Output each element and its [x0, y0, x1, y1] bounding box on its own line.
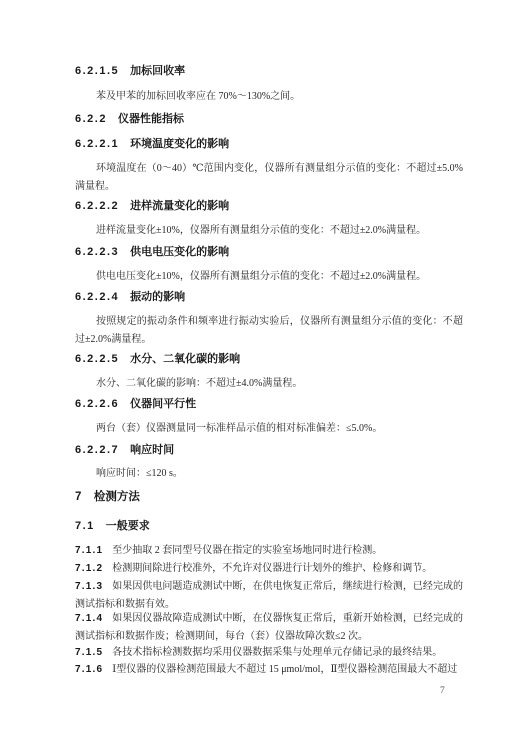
clause-title: 仪器间平行性: [130, 398, 196, 410]
body-6-2-2-5: 水分、二氧化碳的影响：不超过±4.0%满量程。: [75, 375, 463, 393]
item-number: 7.1.2: [75, 560, 103, 578]
clause-title: 加标回收率: [130, 65, 185, 77]
heading-6-2-1-5: 6.2.1.5加标回收率: [75, 64, 467, 78]
body-6-2-2-2: 进样流量变化±10%，仪器所有测量组分示值的变化：不超过±2.0%满量程。: [75, 222, 463, 240]
item-number: 7.1.5: [75, 644, 103, 662]
chapter-heading-7: 7检测方法: [75, 490, 467, 504]
heading-6-2-2-1: 6.2.2.1环境温度变化的影响: [75, 137, 467, 151]
heading-6-2-2-3: 6.2.2.3供电电压变化的影响: [75, 245, 467, 259]
clause-title: 一般要求: [106, 520, 150, 532]
item-text: 如果因仪器故障造成测试中断，在仪器恢复正常后，重新开始检测，已经完成的测试指标和…: [75, 613, 463, 642]
item-7-1-1: 7.1.1至少抽取 2 套同型号仪器在指定的实验室场地同时进行检测。: [75, 542, 463, 560]
clause-title: 仪器性能指标: [118, 113, 184, 125]
body-6-2-2-1: 环境温度在（0～40）℃范围内变化，仪器所有测量组分示值的变化：不超过±5.0%…: [75, 160, 463, 195]
chapter-title: 检测方法: [94, 491, 140, 503]
clause-number: 6.2.2.7: [75, 443, 119, 457]
chapter-number: 7: [75, 490, 83, 504]
item-7-1-4: 7.1.4如果因仪器故障造成测试中断，在仪器恢复正常后，重新开始检测，已经完成的…: [75, 610, 463, 645]
clause-number: 6.2.2: [75, 112, 107, 126]
item-number: 7.1.3: [75, 578, 103, 596]
body-6-2-2-7: 响应时间：≤120 s。: [75, 465, 463, 483]
item-text: 检测期间除进行校准外，不允许对仪器进行计划外的维护、检修和调节。: [112, 563, 432, 574]
clause-number: 6.2.2.5: [75, 352, 119, 366]
heading-7-1: 7.1一般要求: [75, 519, 467, 533]
item-number: 7.1.4: [75, 610, 103, 628]
heading-6-2-2-7: 6.2.2.7响应时间: [75, 443, 467, 457]
clause-title: 供电电压变化的影响: [130, 246, 229, 258]
document-page: 6.2.1.5加标回收率 苯及甲苯的加标回收率应在 70%～130%之间。 6.…: [0, 0, 523, 740]
item-7-1-2: 7.1.2检测期间除进行校准外，不允许对仪器进行计划外的维护、检修和调节。: [75, 560, 463, 578]
clause-number: 6.2.2.1: [75, 137, 119, 151]
heading-6-2-2-2: 6.2.2.2进样流量变化的影响: [75, 199, 467, 213]
clause-number: 6.2.2.6: [75, 397, 119, 411]
body-6-2-2-4: 按照规定的振动条件和频率进行振动实验后，仪器所有测量组分示值的变化：不超过±2.…: [75, 313, 463, 348]
clause-title: 水分、二氧化碳的影响: [130, 353, 240, 365]
heading-6-2-2-4: 6.2.2.4振动的影响: [75, 290, 467, 304]
item-7-1-5: 7.1.5各技术指标检测数据均采用仪器数据采集与处理单元存储记录的最终结果。: [75, 644, 463, 662]
item-number: 7.1.6: [75, 661, 103, 677]
clause-number: 6.2.2.4: [75, 290, 119, 304]
clause-title: 响应时间: [130, 444, 174, 456]
page-number: 7: [440, 686, 445, 696]
clause-number: 6.2.2.3: [75, 245, 119, 259]
item-7-1-3: 7.1.3如果因供电问题造成测试中断，在供电恢复正常后，继续进行检测，已经完成的…: [75, 578, 463, 613]
heading-6-2-2: 6.2.2仪器性能指标: [75, 112, 467, 126]
item-text: Ⅰ型仪器的仪器检测范围最大不超过 15 μmol/mol，Ⅱ型仪器检测范围最大不…: [112, 664, 457, 675]
body-6-2-2-6: 两台（套）仪器测量同一标准样品示值的相对标准偏差：≤5.0%。: [75, 420, 463, 438]
clause-number: 6.2.2.2: [75, 199, 119, 213]
body-6-2-2-3: 供电电压变化±10%，仪器所有测量组分示值的变化：不超过±2.0%满量程。: [75, 268, 463, 286]
clause-title: 进样流量变化的影响: [130, 200, 229, 212]
clause-number: 7.1: [75, 519, 95, 533]
item-7-1-6: 7.1.6Ⅰ型仪器的仪器检测范围最大不超过 15 μmol/mol，Ⅱ型仪器检测…: [75, 661, 463, 677]
body-6-2-1-5: 苯及甲苯的加标回收率应在 70%～130%之间。: [75, 88, 463, 106]
heading-6-2-2-5: 6.2.2.5水分、二氧化碳的影响: [75, 352, 467, 366]
heading-6-2-2-6: 6.2.2.6仪器间平行性: [75, 397, 467, 411]
item-text: 至少抽取 2 套同型号仪器在指定的实验室场地同时进行检测。: [112, 545, 382, 556]
item-number: 7.1.1: [75, 542, 103, 560]
clause-title: 环境温度变化的影响: [130, 138, 229, 150]
clause-number: 6.2.1.5: [75, 64, 119, 78]
clause-title: 振动的影响: [130, 291, 185, 303]
item-text: 各技术指标检测数据均采用仪器数据采集与处理单元存储记录的最终结果。: [112, 647, 442, 658]
item-text: 如果因供电问题造成测试中断，在供电恢复正常后，继续进行检测，已经完成的测试指标和…: [75, 581, 463, 610]
